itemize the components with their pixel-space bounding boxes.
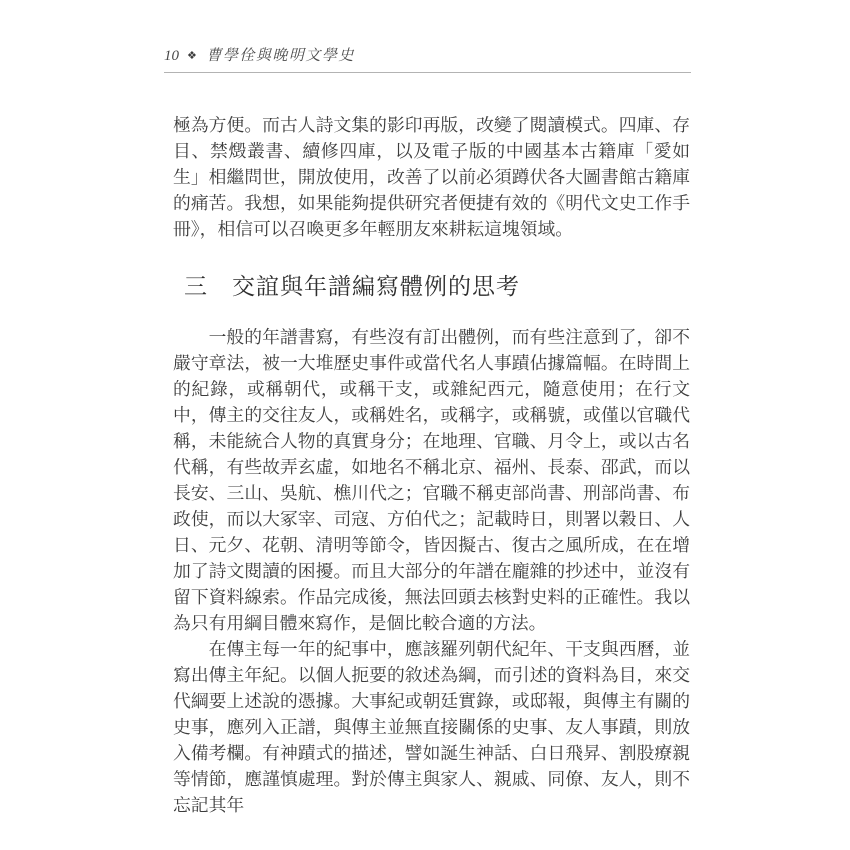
- ornament-diamond-icon: ❖: [187, 49, 198, 62]
- running-header: 10 ❖ 曹學佺與晚明文學史: [164, 44, 691, 73]
- opening-paragraph: 極為方便。而古人詩文集的影印再版，改變了閱讀模式。四庫、存目、禁燬叢書、續修四庫…: [173, 112, 690, 242]
- section-heading: 三 交誼與年譜編寫體例的思考: [173, 271, 690, 301]
- header-rule: [164, 72, 691, 73]
- paragraph-annual-records: 在傳主每一年的紀事中，應該羅列朝代紀年、干支與西曆，並寫出傳主年紀。以個人扼要的…: [173, 636, 690, 818]
- paragraph-year-chronicle-style: 一般的年譜書寫，有些沒有訂出體例，而有些注意到了，卻不嚴守章法，被一大堆歷史事件…: [173, 324, 690, 636]
- book-page: 10 ❖ 曹學佺與晚明文學史 極為方便。而古人詩文集的影印再版，改變了閱讀模式。…: [0, 0, 850, 850]
- body-text: 極為方便。而古人詩文集的影印再版，改變了閱讀模式。四庫、存目、禁燬叢書、續修四庫…: [173, 112, 690, 818]
- running-title: 曹學佺與晚明文學史: [206, 44, 355, 65]
- page-number: 10: [164, 48, 179, 65]
